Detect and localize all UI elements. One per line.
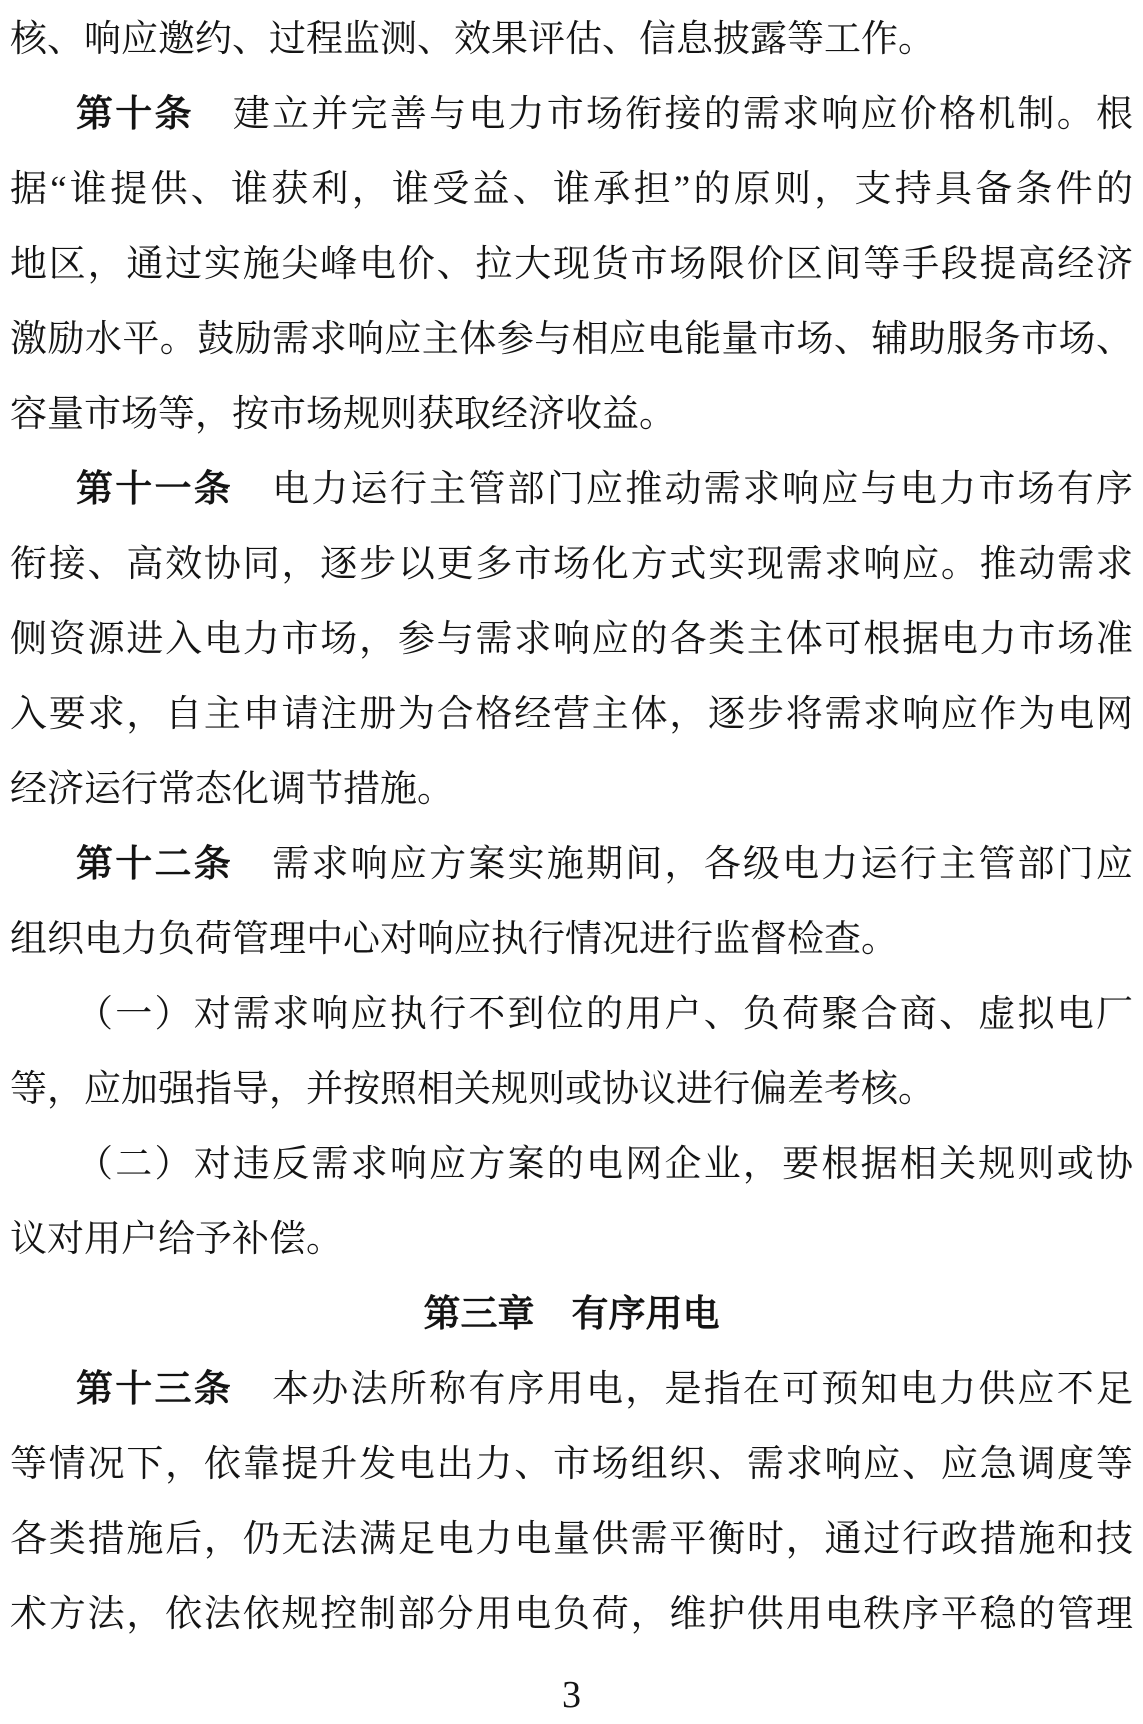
text-line: 第十三条 本办法所称有序用电，是指在可预知电力供应不足 (10, 1352, 1133, 1427)
text-line: 核、响应邀约、过程监测、效果评估、信息披露等工作。 (10, 2, 1133, 77)
text-line: 据“谁提供、谁获利，谁受益、谁承担”的原则，支持具备条件的 (10, 152, 1133, 227)
document-page: 核、响应邀约、过程监测、效果评估、信息披露等工作。第十条 建立并完善与电力市场衔… (0, 0, 1143, 1724)
text-line: 等，应加强指导，并按照相关规则或协议进行偏差考核。 (10, 1052, 1133, 1127)
text-line: 激励水平。鼓励需求响应主体参与相应电能量市场、辅助服务市场、 (10, 302, 1133, 377)
chapter-title-text: 第三章 有序用电 (424, 1294, 720, 1335)
text-block: 核、响应邀约、过程监测、效果评估、信息披露等工作。第十条 建立并完善与电力市场衔… (0, 0, 1143, 1652)
text-line: 第十一条 电力运行主管部门应推动需求响应与电力市场有序 (10, 452, 1133, 527)
text-line: 组织电力负荷管理中心对响应执行情况进行监督检查。 (10, 902, 1133, 977)
text-line: 第十二条 需求响应方案实施期间，各级电力运行主管部门应 (10, 827, 1133, 902)
text-line: 等情况下，依靠提升发电出力、市场组织、需求响应、应急调度等 (10, 1427, 1133, 1502)
text-line: （一）对需求响应执行不到位的用户、负荷聚合商、虚拟电厂 (10, 977, 1133, 1052)
chapter-heading: 第三章 有序用电 (10, 1277, 1133, 1352)
text-line: 议对用户给予补偿。 (10, 1202, 1133, 1277)
article-number: 第十条 (76, 94, 194, 135)
text-line: 地区，通过实施尖峰电价、拉大现货市场限价区间等手段提高经济 (10, 227, 1133, 302)
article-number: 第十三条 (76, 1369, 233, 1410)
text-line: 各类措施后，仍无法满足电力电量供需平衡时，通过行政措施和技 (10, 1502, 1133, 1577)
article-number: 第十二条 (76, 844, 233, 885)
page-number: 3 (0, 1674, 1143, 1716)
text-line: 入要求，自主申请注册为合格经营主体，逐步将需求响应作为电网 (10, 677, 1133, 752)
text-line: 经济运行常态化调节措施。 (10, 752, 1133, 827)
text-line: 容量市场等，按市场规则获取经济收益。 (10, 377, 1133, 452)
text-line: （二）对违反需求响应方案的电网企业，要根据相关规则或协 (10, 1127, 1133, 1202)
article-number: 第十一条 (76, 469, 233, 510)
text-line: 第十条 建立并完善与电力市场衔接的需求响应价格机制。根 (10, 77, 1133, 152)
text-line: 术方法，依法依规控制部分用电负荷，维护供用电秩序平稳的管理 (10, 1577, 1133, 1652)
text-line: 侧资源进入电力市场，参与需求响应的各类主体可根据电力市场准 (10, 602, 1133, 677)
text-line: 衔接、高效协同，逐步以更多市场化方式实现需求响应。推动需求 (10, 527, 1133, 602)
